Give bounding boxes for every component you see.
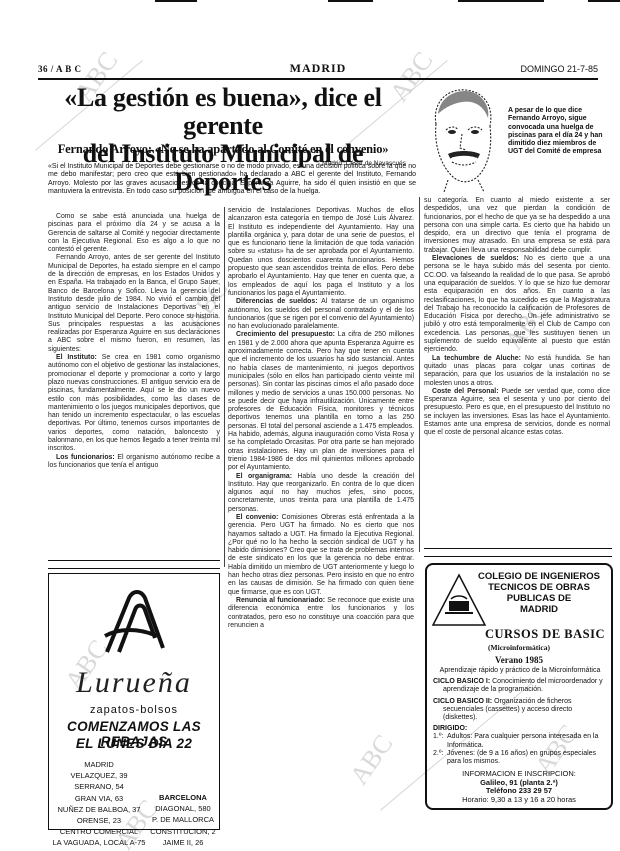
article-column-2: servicio de Instalaciones Deportivas. Mu… — [228, 207, 414, 630]
article-column-1: Como se sabe está anunciada una huelga d… — [48, 213, 220, 470]
cycle-1: CICLO BASICO I: Conocimiento del microor… — [433, 678, 607, 694]
paragraph: La techumbre de Aluche: No está hundida.… — [424, 355, 610, 388]
course-subtitle: (Microinformática) — [427, 643, 611, 652]
paragraph: Diferencias de sueldos: Al tratarse de u… — [228, 298, 414, 331]
brand-name: Lurueña — [49, 666, 219, 700]
paragraph: El Instituto: Se crea en 1981 como organ… — [48, 354, 220, 454]
paragraph: El organigrama: Había uno desde la creac… — [228, 473, 414, 514]
subheading: El Instituto: — [56, 354, 97, 361]
paragraph: servicio de Instalaciones Deportivas. Mu… — [228, 207, 414, 298]
column-divider — [419, 197, 420, 552]
watermark: ABC — [344, 729, 399, 790]
page-header: 36 / A B C MADRID DOMINGO 21-7-85 — [38, 62, 598, 76]
brand-logo-icon — [99, 588, 169, 658]
paragraph: su categoría. En cuanto al miedo existen… — [424, 197, 610, 255]
header-rule — [38, 78, 598, 80]
portrait-caption: A pesar de lo que dice Fernando Arroyo, … — [508, 107, 608, 157]
portrait-illustration — [418, 84, 504, 192]
ad-separator — [424, 548, 612, 557]
headline-line-1: «La gestión es buena», dice el gerente — [38, 84, 408, 140]
issue-date: DOMINGO 21-7-85 — [520, 64, 598, 74]
lead-paragraph: «Si el Instituto Municipal de Deportes d… — [48, 163, 416, 197]
organization-name: COLEGIO DE INGENIEROS TECNICOS DE OBRAS … — [469, 571, 609, 615]
section-title: MADRID — [38, 61, 598, 76]
course-details: Aprendizaje rápido y práctico de la Micr… — [433, 667, 607, 766]
course-intro: Aprendizaje rápido y práctico de la Micr… — [433, 667, 607, 675]
contact-info: INFORMACION E INSCRIPCION: Galileo, 91 (… — [427, 770, 611, 804]
promo-line-2: EL LUNES DIA 22 — [49, 736, 219, 751]
subheadline: Fernando Arroyo: «No se ha apartado al C… — [38, 142, 408, 157]
course-title: CURSOS DE BASIC — [427, 627, 605, 642]
paragraph: El convenio: Comisiones Obreras está enf… — [228, 514, 414, 597]
basic-courses-ad: COLEGIO DE INGENIEROS TECNICOS DE OBRAS … — [425, 563, 613, 810]
subheading: Coste del Personal: — [432, 388, 499, 395]
subheading: Diferencias de sueldos: — [236, 298, 317, 305]
paragraph: Fernando Arroyo, antes de ser gerente de… — [48, 254, 220, 354]
subheading: El organigrama: — [236, 473, 292, 480]
paragraph: Los funcionarios: El organismo autónomo … — [48, 454, 220, 471]
paragraph: Elevaciones de sueldos: No es cierto que… — [424, 255, 610, 355]
hours: Horario: 9,30 a 13 y 16 a 20 horas — [427, 796, 611, 805]
paragraph: Renuncia al funcionariado: Se reconoce q… — [228, 597, 414, 630]
shoe-store-ad: Lurueña zapatos-bolsos COMENZAMOS LAS RE… — [48, 573, 220, 830]
audience-item: 2.º:Jóvenes: (de 9 a 16 años) en grupos … — [433, 750, 607, 766]
subheading: Renuncia al funcionariado: — [236, 597, 325, 604]
ad-separator — [48, 560, 220, 569]
audience-label: DIRIGIDO: — [433, 725, 607, 733]
barcelona-store-list: BARCELONA DIAGONAL, 580 P. DE MALLORCA C… — [145, 792, 221, 848]
brand-tagline: zapatos-bolsos — [49, 704, 219, 716]
course-season: Verano 1985 — [427, 655, 611, 665]
madrid-store-list: MADRID VELAZQUEZ, 39 SERRANO, 54 GRAN VI… — [49, 759, 149, 849]
column-divider — [224, 207, 225, 567]
cycle-2: CICLO BASICO II: Organización de fichero… — [433, 698, 607, 723]
paragraph: Como se sabe está anunciada una huelga d… — [48, 213, 220, 254]
subheading: El convenio: — [236, 514, 278, 521]
subheading: La techumbre de Aluche: — [432, 355, 521, 362]
paragraph: Crecimiento del presupuesto: La cifra de… — [228, 331, 414, 472]
subheading: Elevaciones de sueldos: — [432, 255, 519, 262]
article-column-3: su categoría. En cuanto al miedo existen… — [424, 197, 610, 438]
paragraph: Coste del Personal: Puede ser verdad que… — [424, 388, 610, 438]
audience-item: 1.º:Adultos: Para cualquier persona inte… — [433, 733, 607, 749]
subheading: Crecimiento del presupuesto: — [236, 331, 335, 338]
subheading: Los funcionarios: — [56, 454, 115, 461]
